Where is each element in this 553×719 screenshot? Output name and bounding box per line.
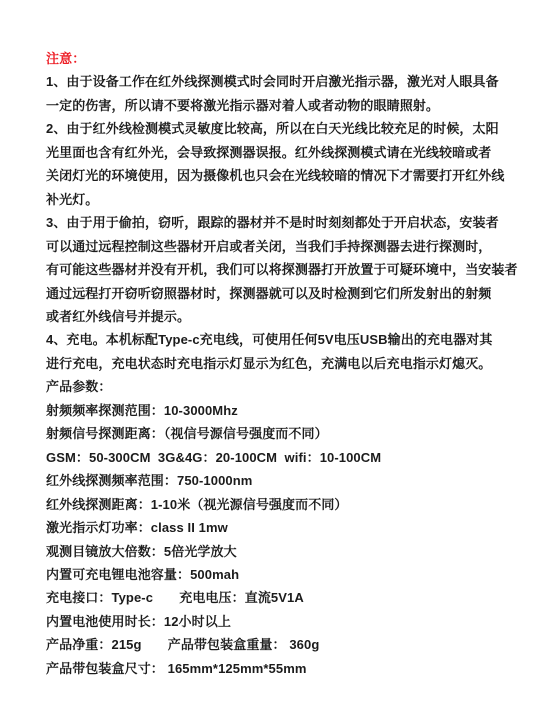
spec-text-line: 射频信号探测距离：（视信号源信号强度而不同） [46,422,526,445]
notice-text-line: 4、充电。本机标配Type-c充电线，可使用任何5V电压USB输出的充电器对其 [46,328,526,351]
notice-text-line: 有可能这些器材并没有开机，我们可以将探测器打开放置于可疑环境中，当安装者 [46,258,526,281]
notice-text-line: 一定的伤害，所以请不要将激光指示器对着人或者动物的眼睛照射。 [46,94,526,117]
spec-text-line: 产品净重：215g 产品带包装盒重量： 360g [46,633,526,656]
notice-section: 1、由于设备工作在红外线探测模式时会同时开启激光指示器，激光对人眼具备一定的伤害… [46,70,526,375]
notice-text-line: 1、由于设备工作在红外线探测模式时会同时开启激光指示器，激光对人眼具备 [46,70,526,93]
specs-section: 射频频率探测范围：10-3000Mhz射频信号探测距离：（视信号源信号强度而不同… [46,399,526,680]
spec-text-line: 激光指示灯功率：class II 1mw [46,516,526,539]
spec-text-line: GSM：50-300CM 3G&4G：20-100CM wifi：10-100C… [46,446,526,469]
spec-text-line: 内置可充电锂电池容量：500mah [46,563,526,586]
notice-text-line: 进行充电，充电状态时充电指示灯显示为红色，充满电以后充电指示灯熄灭。 [46,352,526,375]
spec-text-line: 观测目镜放大倍数：5倍光学放大 [46,540,526,563]
notice-text-line: 补光灯。 [46,188,526,211]
notice-text-line: 关闭灯光的环境使用，因为摄像机也只会在光线较暗的情况下才需要打开红外线 [46,164,526,187]
spec-text-line: 充电接口：Type-c 充电电压：直流5V1A [46,586,526,609]
spec-text-line: 红外线探测距离：1-10米（视光源信号强度而不同） [46,493,526,516]
notice-text-line: 或者红外线信号并提示。 [46,305,526,328]
notice-text-line: 可以通过远程控制这些器材开启或者关闭，当我们手持探测器去进行探测时， [46,235,526,258]
specs-heading: 产品参数： [46,375,526,398]
notice-text-line: 2、由于红外线检测模式灵敏度比较高，所以在白天光线比较充足的时候，太阳 [46,117,526,140]
notice-heading: 注意： [46,47,526,70]
notice-text-line: 3、由于用于偷拍，窃听，跟踪的器材并不是时时刻刻都处于开启状态，安装者 [46,211,526,234]
notice-text-line: 光里面也含有红外光，会导致探测器误报。红外线探测模式请在光线较暗或者 [46,141,526,164]
spec-text-line: 产品带包装盒尺寸： 165mm*125mm*55mm [46,657,526,680]
spec-text-line: 射频频率探测范围：10-3000Mhz [46,399,526,422]
product-description-document: 注意： 1、由于设备工作在红外线探测模式时会同时开启激光指示器，激光对人眼具备一… [46,47,526,680]
spec-text-line: 红外线探测频率范围：750-1000nm [46,469,526,492]
spec-text-line: 内置电池使用时长：12小时以上 [46,610,526,633]
notice-text-line: 通过远程打开窃听窃照器材时，探测器就可以及时检测到它们所发射出的射频 [46,282,526,305]
